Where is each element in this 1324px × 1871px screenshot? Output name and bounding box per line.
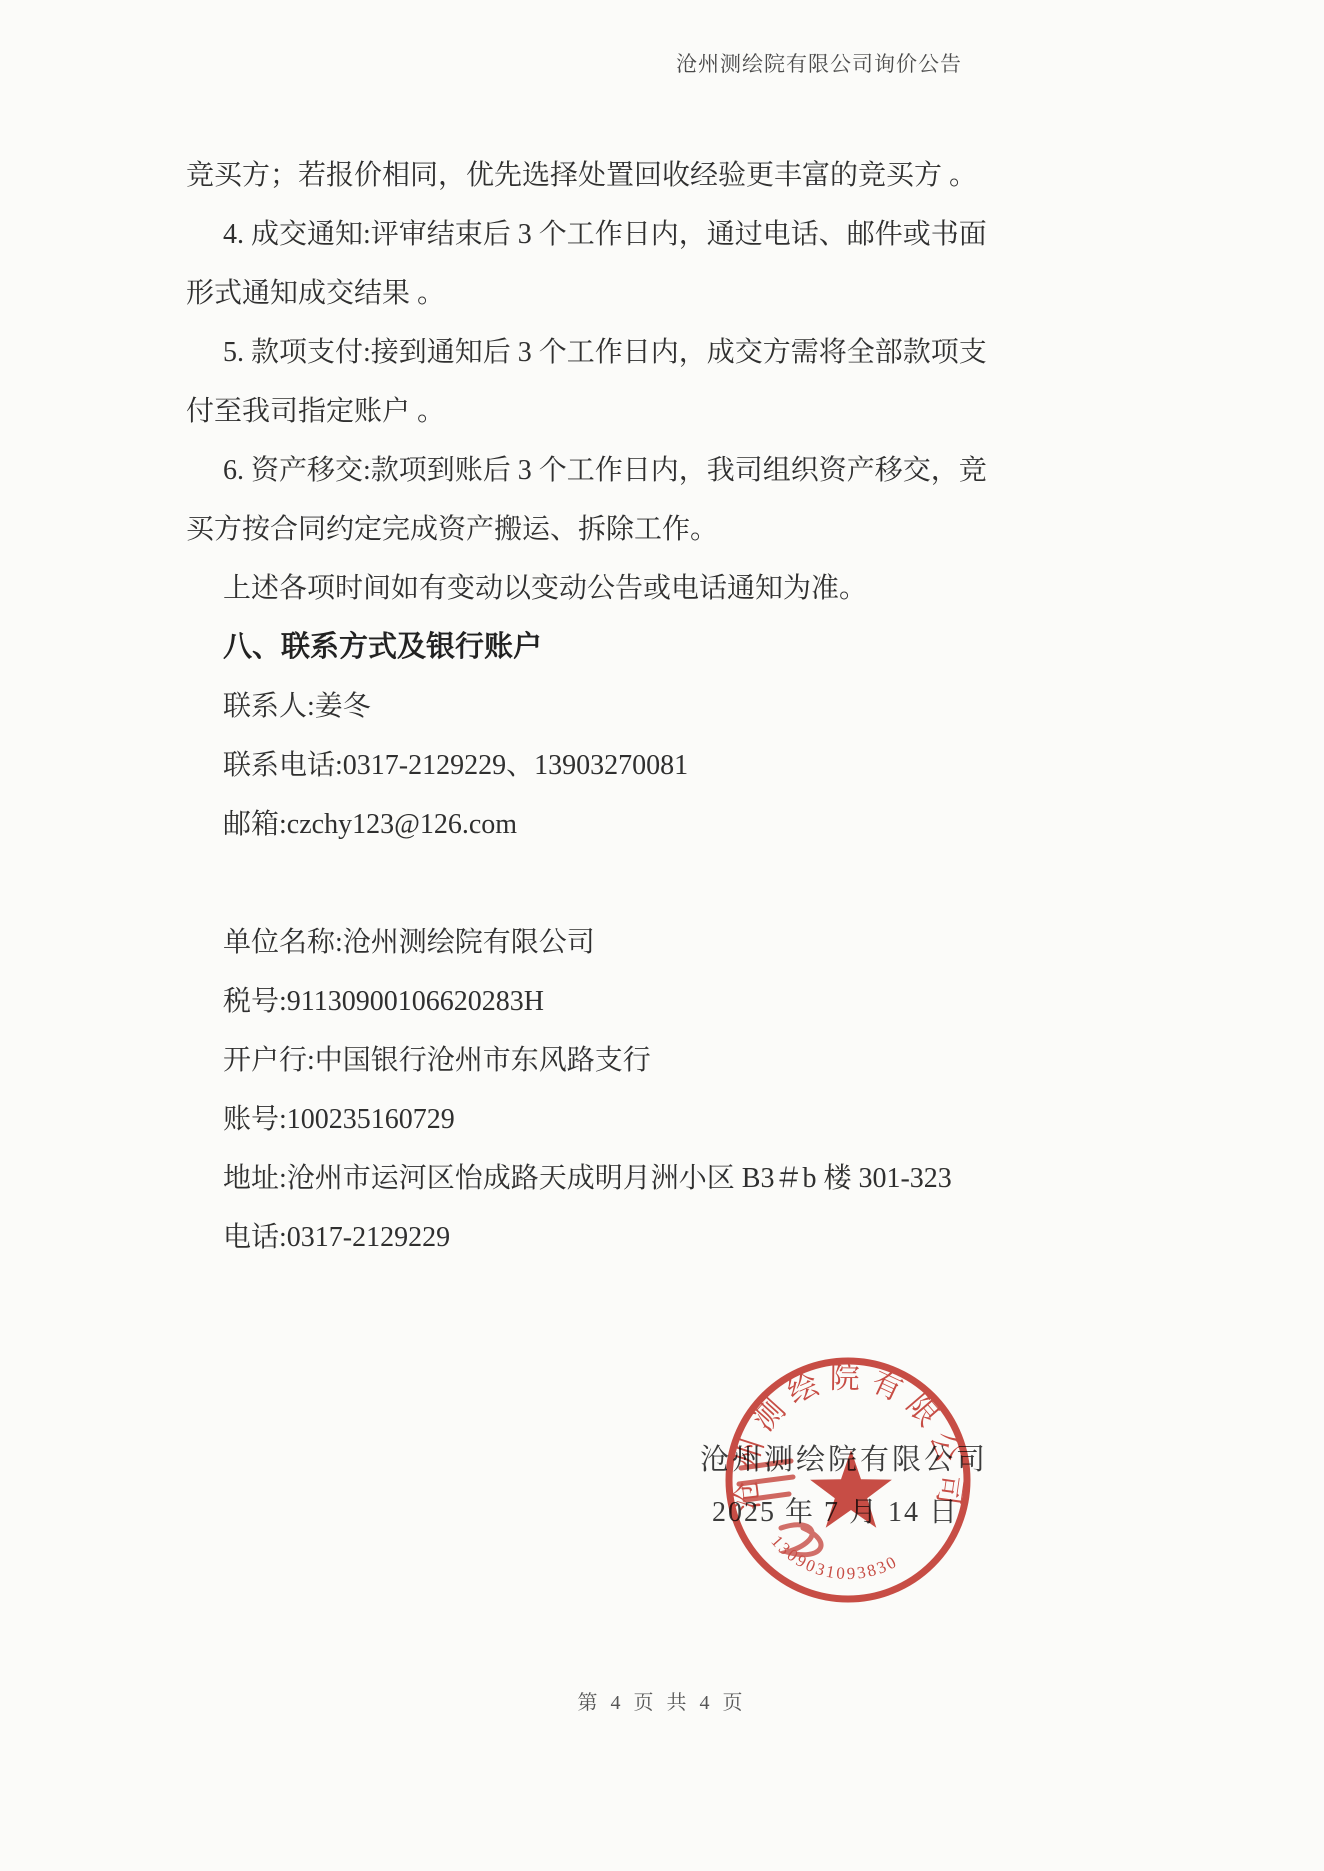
body-line: 6. 资产移交:款项到账后 3 个工作日内，我司组织资产移交，竞 <box>186 441 958 500</box>
page-footer: 第 4 页 共 4 页 <box>0 1686 1324 1715</box>
body-line: 竞买方；若报价相同，优先选择处置回收经验更丰富的竞买方 。 <box>186 146 958 205</box>
svg-text:1309031093830: 1309031093830 <box>767 1532 901 1583</box>
contact-phone-line: 联系电话:0317-2129229、13903270081 <box>186 736 958 795</box>
seal-star-icon <box>810 1450 892 1528</box>
page-header-title: 沧州测绘院有限公司询价公告 <box>676 48 962 78</box>
account-number-line: 账号:100235160729 <box>186 1090 958 1149</box>
document-page: 沧州测绘院有限公司询价公告 竞买方；若报价相同，优先选择处置回收经验更丰富的竞买… <box>0 0 1324 1871</box>
body-line: 上述各项时间如有变动以变动公告或电话通知为准。 <box>186 559 958 618</box>
contact-person-line: 联系人:姜冬 <box>186 677 958 736</box>
document-body: 竞买方；若报价相同，优先选择处置回收经验更丰富的竞买方 。 4. 成交通知:评审… <box>186 146 958 1267</box>
body-line: 付至我司指定账户 。 <box>186 382 958 441</box>
bank-branch-line: 开户行:中国银行沧州市东风路支行 <box>186 1031 958 1090</box>
address-line: 地址:沧州市运河区怡成路天成明月洲小区 B3＃b 楼 301-323 <box>186 1149 958 1208</box>
body-line: 5. 款项支付:接到通知后 3 个工作日内，成交方需将全部款项支 <box>186 323 958 382</box>
section-heading: 八、联系方式及银行账户 <box>186 618 958 677</box>
company-seal: 沧州测绘院有限公司 1309031093830 <box>703 1340 993 1630</box>
telephone-line: 电话:0317-2129229 <box>186 1208 958 1267</box>
seal-number-text: 1309031093830 <box>767 1532 901 1583</box>
body-line: 形式通知成交结果 。 <box>186 264 958 323</box>
contact-email-line: 邮箱:czchy123@126.com <box>186 795 958 854</box>
tax-id-line: 税号:91130900106620283H <box>186 972 958 1031</box>
company-name-line: 单位名称:沧州测绘院有限公司 <box>186 913 958 972</box>
body-line: 4. 成交通知:评审结束后 3 个工作日内，通过电话、邮件或书面 <box>186 205 958 264</box>
body-line: 买方按合同约定完成资产搬运、拆除工作。 <box>186 500 958 559</box>
